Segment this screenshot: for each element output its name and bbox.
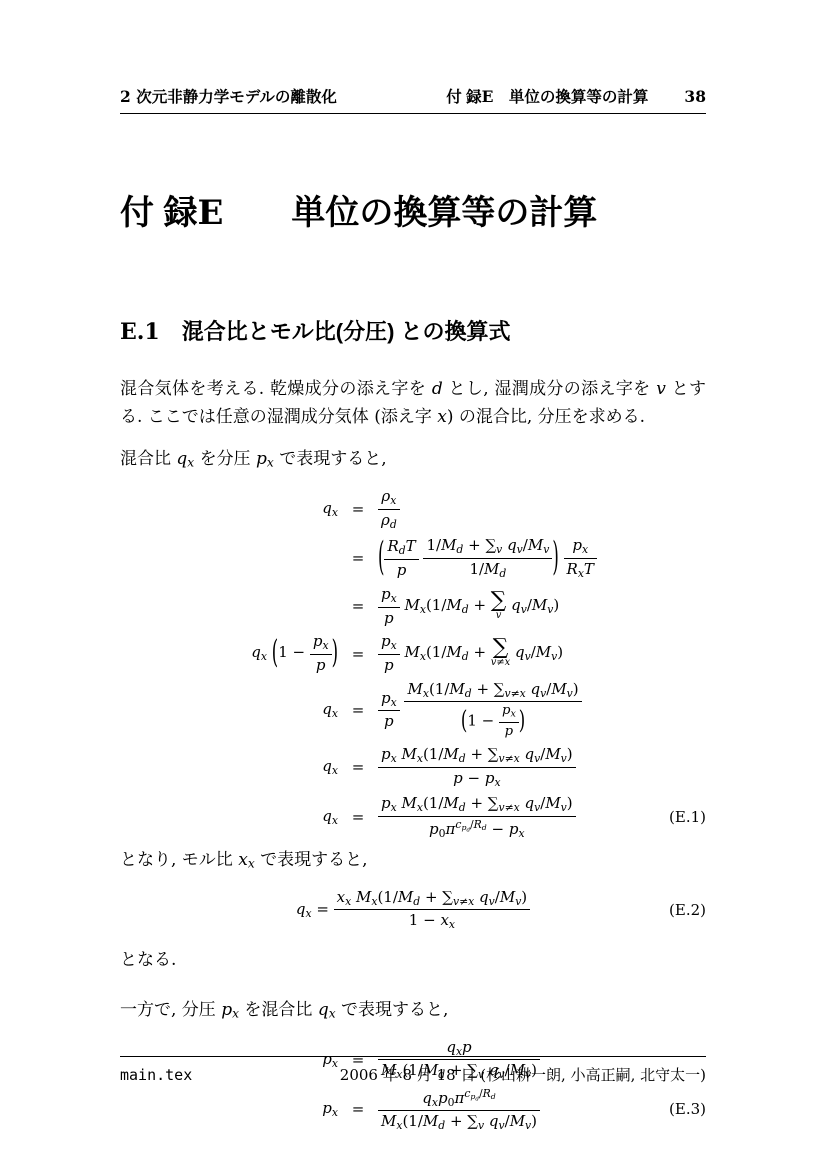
source-file-name: main.tex — [120, 1066, 192, 1084]
equation-label: (E.1) — [669, 808, 706, 826]
page-body: 付 録E 単位の換算等の計算 E.1 混合比とモル比(分圧) との換算式 混合気… — [120, 0, 706, 1137]
equation-row: qx=px Mx(1/Md + ∑v≠x qv/Mv)p0πcpd/Rd − p… — [120, 794, 706, 840]
equation-row: qx=pxp Mx(1/Md + ∑v≠x qv/Mv)(1 − pxp) — [120, 680, 706, 741]
paragraph-partial-pressure: 一方で, 分圧 px を混合比 qx で表現すると, — [120, 996, 706, 1028]
date-authors: 2006 年 8 月 18 日 (杉山耕一朗, 小高正嗣, 北守太一) — [340, 1064, 706, 1085]
equation-label: (E.2) — [669, 901, 706, 919]
page-footer: main.tex 2006 年 8 月 18 日 (杉山耕一朗, 小高正嗣, 北… — [120, 1056, 706, 1085]
equation-label: (E.3) — [669, 1100, 706, 1118]
equation-row: qx=px Mx(1/Md + ∑v≠x qv/Mv)p − px — [120, 745, 706, 789]
equation-row: =pxp Mx(1/Md + ∑v qv/Mv) — [120, 585, 706, 627]
section-heading: E.1 混合比とモル比(分圧) との換算式 — [120, 319, 706, 345]
paragraph-molar-ratio: となり, モル比 xx で表現すると, — [120, 846, 706, 878]
equation-row: px=qxp0πcpd/RdMx(1/Md + ∑v qv/Mv)(E.3) — [120, 1087, 706, 1133]
equation-row: qx = xx Mx(1/Md + ∑v≠x qv/Mv)1 − xx(E.2) — [120, 888, 706, 932]
equation-row: qx=ρxρd — [120, 487, 706, 531]
paragraph-tonaru: となる. — [120, 946, 706, 974]
equation-row: qx (1 − pxp)=pxp Mx(1/Md + ∑v≠x qv/Mv) — [120, 632, 706, 674]
equation-row: =(RdTp 1/Md + ∑v qv/Mv1/Md) pxRxT — [120, 536, 706, 580]
paragraph-intro: 混合気体を考える. 乾燥成分の添え字を d とし, 湿潤成分の添え字を v とす… — [120, 375, 706, 431]
paragraph-mixing-ratio: 混合比 qx を分圧 px で表現すると, — [120, 445, 706, 477]
equation-e2: qx = xx Mx(1/Md + ∑v≠x qv/Mv)1 − xx(E.2) — [120, 888, 706, 932]
equation-block-e1: qx=ρxρd=(RdTp 1/Md + ∑v qv/Mv1/Md) pxRxT… — [120, 487, 706, 840]
document-page: 2 次元非静力学モデルの離散化 付 録E 単位の換算等の計算 38 付 録E 単… — [0, 0, 826, 1169]
chapter-title: 付 録E 単位の換算等の計算 — [120, 194, 706, 233]
